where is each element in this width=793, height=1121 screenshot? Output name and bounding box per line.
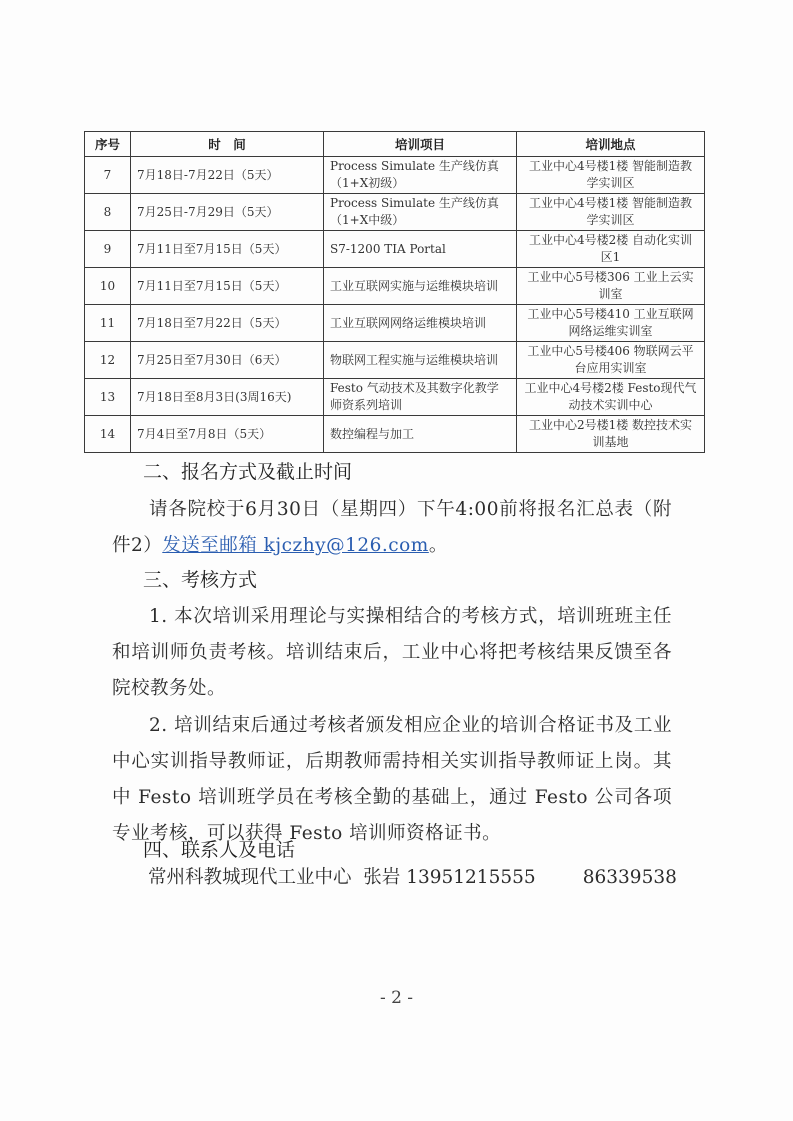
table-row: 7 7月18日-7月22日（5天） Process Simulate 生产线仿真… xyxy=(85,157,705,194)
contact-line: 常州科教城现代工业中心 张岩 13951215555 86339538 xyxy=(148,863,677,893)
cell-no: 14 xyxy=(85,416,131,453)
cell-no: 9 xyxy=(85,231,131,268)
cell-time: 7月25日-7月29日（5天） xyxy=(131,194,324,231)
cell-no: 10 xyxy=(85,268,131,305)
table-row: 13 7月18日至8月3日(3周16天) Festo 气动技术及其数字化教学师资… xyxy=(85,379,705,416)
cell-time: 7月11日至7月15日（5天） xyxy=(131,231,324,268)
registration-paragraph: 请各院校于6月30日（星期四）下午4:00前将报名汇总表（附件2）发送至邮箱 k… xyxy=(112,492,672,564)
cell-project: 数控编程与加工 xyxy=(324,416,517,453)
cell-location: 工业中心4号楼1楼 智能制造教学实训区 xyxy=(517,157,705,194)
cell-time: 7月18日至8月3日(3周16天) xyxy=(131,379,324,416)
section-heading-assessment: 三、考核方式 xyxy=(143,566,257,594)
cell-project: 物联网工程实施与运维模块培训 xyxy=(324,342,517,379)
page-number: - 2 - xyxy=(0,988,793,1008)
cell-time: 7月11日至7月15日（5天） xyxy=(131,268,324,305)
cell-time: 7月25日至7月30日（6天） xyxy=(131,342,324,379)
cell-project: 工业互联网实施与运维模块培训 xyxy=(324,268,517,305)
table-row: 10 7月11日至7月15日（5天） 工业互联网实施与运维模块培训 工业中心5号… xyxy=(85,268,705,305)
cell-project: Process Simulate 生产线仿真（1+X初级） xyxy=(324,157,517,194)
table-row: 12 7月25日至7月30日（6天） 物联网工程实施与运维模块培训 工业中心5号… xyxy=(85,342,705,379)
header-time: 时 间 xyxy=(131,132,324,157)
cell-no: 13 xyxy=(85,379,131,416)
contact-phone: 86339538 xyxy=(583,867,677,888)
document-page: 序号 时 间 培训项目 培训地点 7 7月18日-7月22日（5天） Proce… xyxy=(0,0,793,1121)
cell-location: 工业中心5号楼410 工业互联网网络运维实训室 xyxy=(517,305,705,342)
contact-person: 张岩 xyxy=(363,867,400,888)
registration-text-end: 。 xyxy=(429,535,448,556)
section-heading-registration: 二、报名方式及截止时间 xyxy=(143,458,352,486)
cell-project: S7-1200 TIA Portal xyxy=(324,231,517,268)
header-project: 培训项目 xyxy=(324,132,517,157)
cell-location: 工业中心4号楼2楼 Festo现代气动技术实训中心 xyxy=(517,379,705,416)
cell-no: 7 xyxy=(85,157,131,194)
cell-no: 11 xyxy=(85,305,131,342)
assessment-item-2: 2. 培训结束后通过考核者颁发相应企业的培训合格证书及工业中心实训指导教师证，后… xyxy=(112,708,672,852)
cell-location: 工业中心4号楼1楼 智能制造教学实训区 xyxy=(517,194,705,231)
training-schedule-table: 序号 时 间 培训项目 培训地点 7 7月18日-7月22日（5天） Proce… xyxy=(84,131,705,453)
cell-time: 7月4日至7月8日（5天） xyxy=(131,416,324,453)
email-link[interactable]: 发送至邮箱 kjczhy@126.com xyxy=(162,535,429,556)
header-location: 培训地点 xyxy=(517,132,705,157)
table-row: 11 7月18日至7月22日（5天） 工业互联网网络运维模块培训 工业中心5号楼… xyxy=(85,305,705,342)
cell-project: 工业互联网网络运维模块培训 xyxy=(324,305,517,342)
table-row: 8 7月25日-7月29日（5天） Process Simulate 生产线仿真… xyxy=(85,194,705,231)
section-heading-contact: 四、联系人及电话 xyxy=(143,836,295,864)
cell-location: 工业中心5号楼306 工业上云实训室 xyxy=(517,268,705,305)
table-row: 9 7月11日至7月15日（5天） S7-1200 TIA Portal 工业中… xyxy=(85,231,705,268)
cell-location: 工业中心5号楼406 物联网云平台应用实训室 xyxy=(517,342,705,379)
cell-time: 7月18日-7月22日（5天） xyxy=(131,157,324,194)
assessment-item-1: 1. 本次培训采用理论与实操相结合的考核方式，培训班班主任和培训师负责考核。培训… xyxy=(112,599,672,707)
table-row: 14 7月4日至7月8日（5天） 数控编程与加工 工业中心2号楼1楼 数控技术实… xyxy=(85,416,705,453)
cell-time: 7月18日至7月22日（5天） xyxy=(131,305,324,342)
cell-project: Festo 气动技术及其数字化教学师资系列培训 xyxy=(324,379,517,416)
cell-location: 工业中心4号楼2楼 自动化实训区1 xyxy=(517,231,705,268)
contact-mobile: 13951215555 xyxy=(406,867,535,888)
contact-org: 常州科教城现代工业中心 xyxy=(148,867,352,888)
header-no: 序号 xyxy=(85,132,131,157)
cell-no: 12 xyxy=(85,342,131,379)
table-header-row: 序号 时 间 培训项目 培训地点 xyxy=(85,132,705,157)
cell-no: 8 xyxy=(85,194,131,231)
cell-location: 工业中心2号楼1楼 数控技术实训基地 xyxy=(517,416,705,453)
cell-project: Process Simulate 生产线仿真（1+X中级） xyxy=(324,194,517,231)
